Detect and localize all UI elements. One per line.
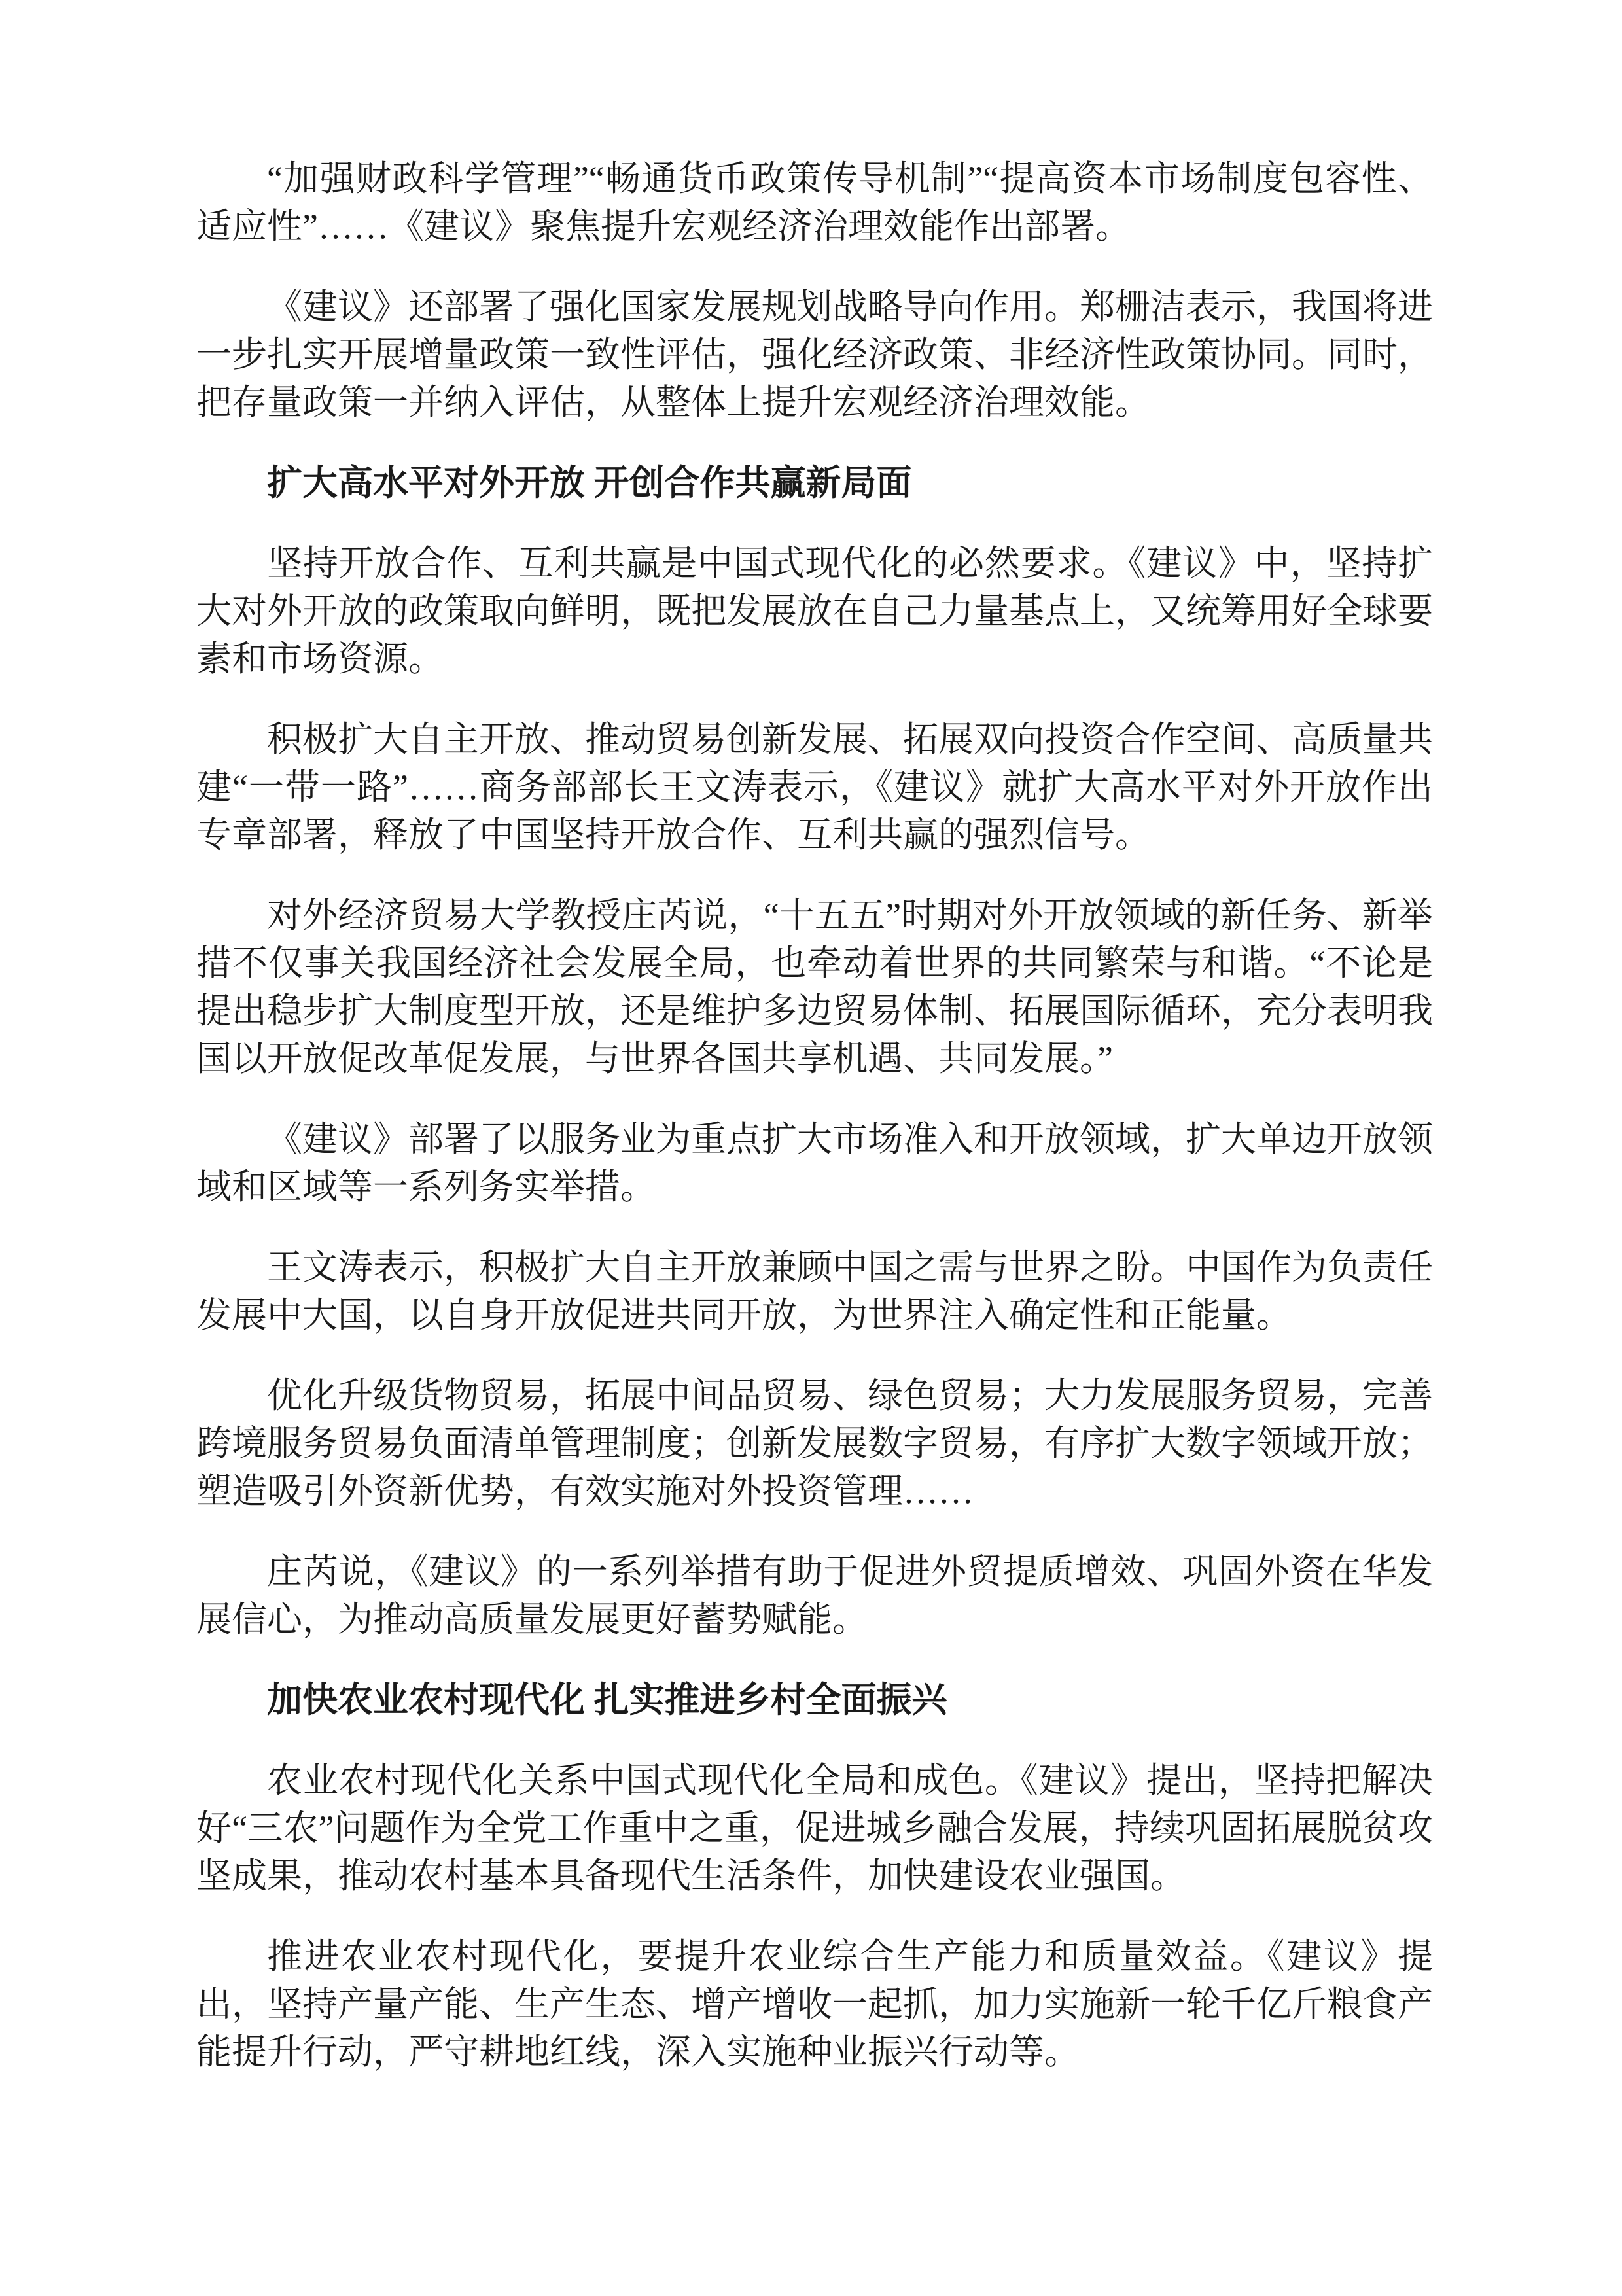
paragraph: 推进农业农村现代化，要提升农业综合生产能力和质量效益。《建议》提出，坚持产量产能… [196, 1933, 1433, 2076]
paragraph: 王文涛表示，积极扩大自主开放兼顾中国之需与世界之盼。中国作为负责任发展中大国，以… [196, 1244, 1433, 1339]
paragraph: 农业农村现代化关系中国式现代化全局和成色。《建议》提出，坚持把解决好“三农”问题… [196, 1757, 1433, 1900]
paragraph: 优化升级货物贸易，拓展中间品贸易、绿色贸易；大力发展服务贸易，完善跨境服务贸易负… [196, 1372, 1433, 1515]
paragraph: 对外经济贸易大学教授庄芮说，“十五五”时期对外开放领域的新任务、新举措不仅事关我… [196, 892, 1433, 1083]
paragraph: 坚持开放合作、互利共赢是中国式现代化的必然要求。《建议》中，坚持扩大对外开放的政… [196, 540, 1433, 683]
paragraph: 庄芮说，《建议》的一系列举措有助于促进外贸提质增效、巩固外资在华发展信心，为推动… [196, 1548, 1433, 1644]
paragraph: 积极扩大自主开放、推动贸易创新发展、拓展双向投资合作空间、高质量共建“一带一路”… [196, 716, 1433, 859]
section-heading: 扩大高水平对外开放 开创合作共赢新局面 [196, 459, 1433, 507]
paragraph: “加强财政科学管理”“畅通货币政策传导机制”“提高资本市场制度包容性、适应性”…… [196, 155, 1433, 251]
document-page: “加强财政科学管理”“畅通货币政策传导机制”“提高资本市场制度包容性、适应性”…… [0, 0, 1622, 2296]
text-content: “加强财政科学管理”“畅通货币政策传导机制”“提高资本市场制度包容性、适应性”…… [196, 155, 1433, 2109]
paragraph: 《建议》还部署了强化国家发展规划战略导向作用。郑栅洁表示，我国将进一步扎实开展增… [196, 283, 1433, 427]
paragraph: 《建议》部署了以服务业为重点扩大市场准入和开放领域，扩大单边开放领域和区域等一系… [196, 1116, 1433, 1211]
section-heading: 加快农业农村现代化 扎实推进乡村全面振兴 [196, 1676, 1433, 1724]
